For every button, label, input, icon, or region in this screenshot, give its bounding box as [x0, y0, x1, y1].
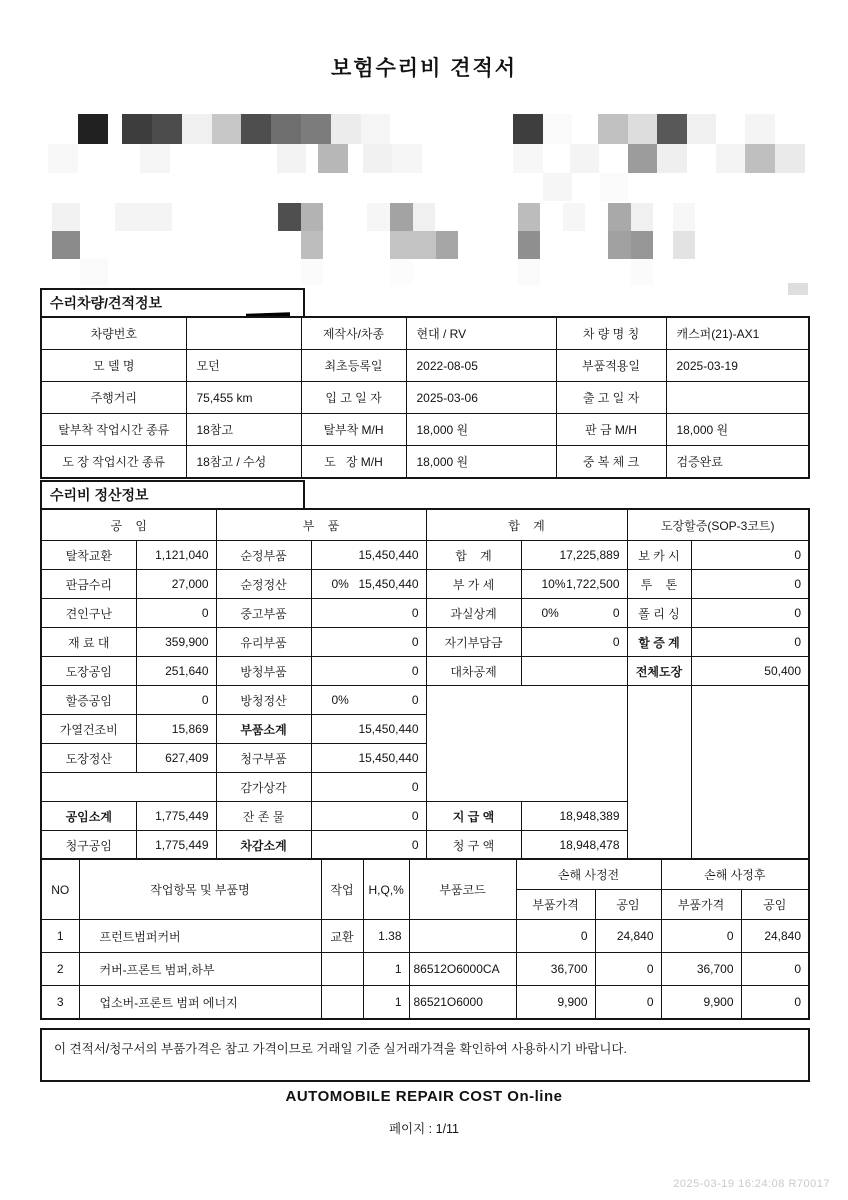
- cell-vehicle-rows-r1-v3: 캐스퍼(21)-AX1: [666, 317, 809, 350]
- cell-work_items-rows-0-bp: 0: [516, 920, 595, 953]
- cell-work_items-rows-2-bl: 0: [595, 986, 661, 1020]
- cell-work_items-rows-0-item: 프런트범퍼커버: [79, 920, 321, 953]
- cell-work_items-rows-2-item: 업소버-프론트 범퍼 에너지: [79, 986, 321, 1020]
- redaction-cell: [140, 144, 170, 173]
- cell-work_items-headers-labor: 공임: [595, 890, 661, 920]
- cell-vehicle-rows-r4-v2: 18,000 원: [406, 414, 556, 446]
- redaction-cell: [122, 114, 152, 144]
- redaction-cell: [631, 203, 653, 231]
- cell-vehicle-rows-r2-l3: 부품적용일: [556, 350, 666, 382]
- cell-settlement-rows-r1-v4: 0: [691, 541, 809, 570]
- cell-work_items-rows-2-code: 86521O6000: [409, 986, 516, 1020]
- redaction-cell: [331, 114, 361, 144]
- table-row: 도장공임251,640 방청부품0 대차공제 전체도장50,400: [41, 657, 809, 686]
- cell-vehicle-rows-r2-v2: 2022-08-05: [406, 350, 556, 382]
- redaction-cell: [687, 114, 716, 144]
- cell-settlement-rows-r2-l4: 투 톤: [627, 570, 691, 599]
- cell-settlement-rows-r3-l1: 견인구난: [41, 599, 136, 628]
- redaction-cell: [52, 231, 80, 259]
- cell-settlement-rows-r10-v1: 1,775,449: [136, 802, 216, 831]
- redaction-cell: [436, 231, 458, 259]
- cell-settlement-rows-r3-l2: 중고부품: [216, 599, 311, 628]
- cell-work_items-rows-1-work: [321, 953, 363, 986]
- redaction-cell: [48, 144, 78, 173]
- cell-settlement-rows-r2-l3: 부 가 세: [426, 570, 521, 599]
- redaction-cell: [278, 203, 301, 231]
- footer-title: AUTOMOBILE REPAIR COST On-line: [0, 1088, 848, 1105]
- cell-settlement-groups-parts: 부 품: [216, 509, 426, 541]
- cell-vehicle-rows-r2-l1: 모 델 명: [41, 350, 186, 382]
- redaction-cell: [657, 144, 687, 173]
- cell-work_items-rows-1-al: 0: [741, 953, 809, 986]
- redaction-cell: [52, 203, 80, 231]
- redaction-cell: [271, 114, 301, 144]
- cell-work_items-rows-1-item: 커버-프론트 범퍼,하부: [79, 953, 321, 986]
- cell-settlement-rows-r3-v2: 0: [311, 599, 426, 628]
- cell-work_items-headers-after: 손해 사정후: [661, 859, 809, 890]
- cell-vehicle-rows-r5-v1: 18참고 / 수성: [186, 446, 301, 479]
- cell-settlement-groups-labor: 공 임: [41, 509, 216, 541]
- redaction-cell: [628, 114, 657, 144]
- redaction-cell: [392, 144, 422, 173]
- cell-vehicle-rows-r5-l1: 도 장 작업시간 종류: [41, 446, 186, 479]
- cell-settlement-rows-r7-l2: 부품소계: [216, 715, 311, 744]
- settlement-table: 공 임 부 품 합 계 도장할증(SOP-3코트) 탈착교환1,121,040 …: [40, 508, 810, 861]
- empty-cell: [41, 773, 216, 802]
- redaction-cell: [513, 114, 543, 145]
- table-row: 주행거리75,455 km 입 고 일 자2025-03-06 출 고 일 자: [41, 382, 809, 414]
- cell-vehicle-rows-r5-l2: 도 장 M/H: [301, 446, 406, 479]
- cell-settlement-rows-r5-v1: 251,640: [136, 657, 216, 686]
- cell-vehicle-rows-r2-v1: 모던: [186, 350, 301, 382]
- cell-work_items-rows-0-ap: 0: [661, 920, 741, 953]
- cell-settlement-rows-r1-l2: 순정부품: [216, 541, 311, 570]
- cell-settlement-rows-r4-v1: 359,900: [136, 628, 216, 657]
- cell-settlement-rows-r10-l2: 잔 존 물: [216, 802, 311, 831]
- redaction-cell: [277, 144, 306, 173]
- cell-settlement-rows-r1-l3: 합 계: [426, 541, 521, 570]
- vehicle-info-table: 차량번호 제작사/차종현대 / RV 차 량 명 칭캐스퍼(21)-AX1 모 …: [40, 316, 810, 479]
- redaction-cell: [518, 231, 540, 259]
- cell-settlement-rows-r3-v1: 0: [136, 599, 216, 628]
- cell-settlement-rows-r11-v3: 18,948,478: [521, 831, 627, 861]
- cell-settlement-rows-r4-l2: 유리부품: [216, 628, 311, 657]
- cell-settlement-rows-r1-v1: 1,121,040: [136, 541, 216, 570]
- cell-vehicle-rows-r5-v3: 검증완료: [666, 446, 809, 479]
- redaction-cell: [628, 144, 657, 173]
- cell-settlement-rows-r9-l2: 감가상각: [216, 773, 311, 802]
- cell-settlement-rows-r3-l4: 폴 리 싱: [627, 599, 691, 628]
- cell-vehicle-rows-r1-l2: 제작사/차종: [301, 317, 406, 350]
- cell-settlement-rows-r6-v1: 0: [136, 686, 216, 715]
- table-row: 견인구난0 중고부품0 과실상계 0%0 폴 리 싱0: [41, 599, 809, 628]
- redaction-cell: [657, 114, 687, 144]
- cell-work_items-rows-2-hq: 1: [363, 986, 409, 1020]
- cell-settlement-rows-r10-v3: 18,948,389: [521, 802, 627, 831]
- notice-text: 이 견적서/청구서의 부품가격은 참고 가격이므로 거래일 기준 실거래가격을 …: [54, 1042, 627, 1056]
- empty-cell: [691, 686, 809, 861]
- redaction-cell: [631, 259, 653, 285]
- cell-vehicle-rows-r4-l2: 탈부착 M/H: [301, 414, 406, 446]
- cell-vehicle-rows-r3-l2: 입 고 일 자: [301, 382, 406, 414]
- redaction-cell: [390, 259, 413, 285]
- redaction-cell: [318, 144, 348, 173]
- table-header-row: NO 작업항목 및 부품명 작업 H,Q,% 부품코드 손해 사정전 손해 사정…: [41, 859, 809, 890]
- cell-work_items-rows-1-ap: 36,700: [661, 953, 741, 986]
- cell-vehicle-rows-r3-v2: 2025-03-06: [406, 382, 556, 414]
- redaction-cell: [80, 259, 108, 285]
- cell-work_items-headers-before: 손해 사정전: [516, 859, 661, 890]
- redaction-cell: [301, 114, 331, 144]
- cell-settlement-rows-r8-v1: 627,409: [136, 744, 216, 773]
- cell-vehicle-rows-r1-l1: 차량번호: [41, 317, 186, 350]
- table-row: 할증공임0 방청정산 0%0: [41, 686, 809, 715]
- page-title: 보험수리비 견적서: [0, 52, 848, 82]
- redaction-cell: [518, 259, 540, 285]
- redaction-cell: [570, 144, 599, 173]
- cell-settlement-rows-r10-l1: 공임소계: [41, 802, 136, 831]
- table-row: 탈착교환1,121,040 순정부품15,450,440 합 계17,225,8…: [41, 541, 809, 570]
- cell-settlement-rows-r9-v2: 0: [311, 773, 426, 802]
- cell-settlement-rows-r1-v3: 17,225,889: [521, 541, 627, 570]
- table-row: 도 장 작업시간 종류18참고 / 수성 도 장 M/H18,000 원 중 복…: [41, 446, 809, 479]
- redaction-cell: [413, 203, 435, 231]
- redaction-cell: [608, 231, 631, 259]
- table-row: 모 델 명모던 최초등록일2022-08-05 부품적용일2025-03-19: [41, 350, 809, 382]
- cell-work_items-rows-0-work: 교환: [321, 920, 363, 953]
- cell-settlement-groups-total: 합 계: [426, 509, 627, 541]
- redaction-cell: [608, 203, 631, 231]
- cell-work_items-rows-0-al: 24,840: [741, 920, 809, 953]
- cell-settlement-rows-r11-l1: 청구공임: [41, 831, 136, 861]
- cell-vehicle-rows-r3-v3: [666, 382, 809, 414]
- cell-work_items-rows-2-ap: 9,900: [661, 986, 741, 1020]
- redaction-cell: [600, 173, 628, 201]
- redaction-cell: [152, 114, 182, 144]
- cell-vehicle-rows-r4-v1: 18참고: [186, 414, 301, 446]
- table-row: 판금수리27,000 순정정산 0%15,450,440 부 가 세 10%1,…: [41, 570, 809, 599]
- redaction-cell: [716, 144, 745, 173]
- cell-settlement-rows-r5-l2: 방청부품: [216, 657, 311, 686]
- table-row: 재 료 대359,900 유리부품0 자기부담금0 할 증 계0: [41, 628, 809, 657]
- cell-settlement-rows-r2-l1: 판금수리: [41, 570, 136, 599]
- cell-settlement-rows-r2-v2: 15,450,440: [358, 577, 418, 591]
- cell-settlement-rows-r6-l1: 할증공임: [41, 686, 136, 715]
- cell-vehicle-rows-r1-v2: 현대 / RV: [406, 317, 556, 350]
- cell-settlement-rows-r2-l2: 순정정산: [216, 570, 311, 599]
- cell-settlement-rows-r3-v3: 0: [613, 606, 620, 620]
- redaction-cell: [518, 203, 540, 231]
- cell-work_items-headers-labor: 공임: [741, 890, 809, 920]
- cell-settlement-rows-r11-l3: 청 구 액: [426, 831, 521, 861]
- cell-vehicle-rows-r5-v2: 18,000 원: [406, 446, 556, 479]
- redaction-cell: [361, 114, 390, 144]
- cell-work_items-rows-1-no: 2: [41, 953, 79, 986]
- cell-work_items-rows-0-code: [409, 920, 516, 953]
- cell-settlement-rows-r8-l1: 도장정산: [41, 744, 136, 773]
- cell-settlement-rows-r6-l2: 방청정산: [216, 686, 311, 715]
- cell-settlement-rows-r2-v4: 0: [691, 570, 809, 599]
- cell-work_items-rows-1-hq: 1: [363, 953, 409, 986]
- redaction-cell: [115, 203, 172, 231]
- cell-settlement-rows-r5-v2: 0: [311, 657, 426, 686]
- cell-work_items-headers-hq: H,Q,%: [363, 859, 409, 920]
- redaction-cell: [513, 144, 543, 173]
- table-row: 차량번호 제작사/차종현대 / RV 차 량 명 칭캐스퍼(21)-AX1: [41, 317, 809, 350]
- cell-vehicle-rows-r1-l3: 차 량 명 칭: [556, 317, 666, 350]
- cell-vehicle-rows-r4-l3: 판 금 M/H: [556, 414, 666, 446]
- cell-vehicle-rows-r2-l2: 최초등록일: [301, 350, 406, 382]
- redaction-cell: [673, 203, 695, 231]
- cell-work_items-headers-work: 작업: [321, 859, 363, 920]
- cell-settlement-rows-r4-l3: 자기부담금: [426, 628, 521, 657]
- cell-settlement-rows-r4-v3: 0: [521, 628, 627, 657]
- cell-settlement-rows-r1-l1: 탈착교환: [41, 541, 136, 570]
- redaction-cell: [301, 259, 323, 285]
- cell-settlement-rows-r2-v1: 27,000: [136, 570, 216, 599]
- cell-settlement-rows-r2-p3: 10%: [542, 577, 566, 591]
- cell-vehicle-rows-r1-v1: [186, 317, 301, 350]
- cell-settlement-rows-r6-v2: 0: [412, 693, 419, 707]
- cell-vehicle-rows-r4-v3: 18,000 원: [666, 414, 809, 446]
- work-items-table: NO 작업항목 및 부품명 작업 H,Q,% 부품코드 손해 사정전 손해 사정…: [40, 858, 810, 1020]
- redaction-cell: [543, 173, 572, 201]
- cell-settlement-rows-r10-l3: 지 급 액: [426, 802, 521, 831]
- redaction-cell: [563, 203, 585, 231]
- cell-settlement-rows-r11-l2: 차감소계: [216, 831, 311, 861]
- cell-work_items-rows-0-bl: 24,840: [595, 920, 661, 953]
- document-page: 보험수리비 견적서 수리차량/견적정보 차량번호 제작사/차종현대 / RV 차…: [0, 0, 848, 1200]
- redaction-cell: [390, 231, 436, 259]
- cell-settlement-rows-r1-l4: 보 카 시: [627, 541, 691, 570]
- cell-work_items-rows-2-no: 3: [41, 986, 79, 1020]
- redaction-cell: [212, 114, 241, 144]
- cell-work_items-rows-0-hq: 1.38: [363, 920, 409, 953]
- table-row: 탈부착 작업시간 종류18참고 탈부착 M/H18,000 원 판 금 M/H1…: [41, 414, 809, 446]
- cell-work_items-rows-1-code: 86512O6000CA: [409, 953, 516, 986]
- cell-settlement-groups-paint: 도장할증(SOP-3코트): [627, 509, 809, 541]
- cell-settlement-rows-r4-v2: 0: [311, 628, 426, 657]
- cell-settlement-rows-r5-l1: 도장공임: [41, 657, 136, 686]
- cell-settlement-rows-r5-v4: 50,400: [691, 657, 809, 686]
- cell-vehicle-rows-r3-l3: 출 고 일 자: [556, 382, 666, 414]
- cell-settlement-rows-r8-l2: 청구부품: [216, 744, 311, 773]
- cell-settlement-rows-r2-v3: 1,722,500: [566, 577, 619, 591]
- redaction-cell: [543, 114, 572, 144]
- redaction-cell: [673, 231, 695, 259]
- cell-settlement-rows-r7-v1: 15,869: [136, 715, 216, 744]
- redaction-cell: [631, 231, 653, 259]
- cell-work_items-rows-1-bl: 0: [595, 953, 661, 986]
- cell-work_items-rows-1-bp: 36,700: [516, 953, 595, 986]
- table-row: 1 프런트범퍼커버 교환 1.38 0 24,840 0 24,840: [41, 920, 809, 953]
- redaction-cell: [363, 144, 392, 173]
- cell-settlement-rows-r1-v2: 15,450,440: [311, 541, 426, 570]
- cell-work_items-headers-no: NO: [41, 859, 79, 920]
- cell-work_items-rows-2-bp: 9,900: [516, 986, 595, 1020]
- cell-settlement-rows-r4-v4: 0: [691, 628, 809, 657]
- table-row: 3 업소버-프론트 범퍼 에너지 1 86521O6000 9,900 0 9,…: [41, 986, 809, 1020]
- cell-settlement-rows-r10-v2: 0: [311, 802, 426, 831]
- redaction-cell: [78, 114, 108, 144]
- cell-work_items-rows-2-al: 0: [741, 986, 809, 1020]
- cell-work_items-rows-0-no: 1: [41, 920, 79, 953]
- cell-settlement-rows-r5-l4: 전체도장: [627, 657, 691, 686]
- cell-settlement-rows-r3-l3: 과실상계: [426, 599, 521, 628]
- print-timestamp: 2025-03-19 16:24:08 R70017: [673, 1178, 830, 1190]
- cell-vehicle-rows-r4-l1: 탈부착 작업시간 종류: [41, 414, 186, 446]
- cell-vehicle-rows-r2-v3: 2025-03-19: [666, 350, 809, 382]
- cell-settlement-rows-r4-l4: 할 증 계: [627, 628, 691, 657]
- redaction-cell: [241, 114, 271, 144]
- cell-settlement-rows-r8-v2: 15,450,440: [311, 744, 426, 773]
- cell-work_items-rows-2-work: [321, 986, 363, 1020]
- cell-vehicle-rows-r3-v1: 75,455 km: [186, 382, 301, 414]
- redaction-cell: [390, 203, 413, 231]
- redaction-cell: [745, 144, 775, 173]
- redaction-cell: [745, 114, 775, 144]
- redaction-cell: [788, 283, 808, 295]
- cell-settlement-rows-r7-v2: 15,450,440: [311, 715, 426, 744]
- cell-settlement-rows-r11-v1: 1,775,449: [136, 831, 216, 861]
- cell-settlement-rows-r5-v3: [521, 657, 627, 686]
- table-header-row: 공 임 부 품 합 계 도장할증(SOP-3코트): [41, 509, 809, 541]
- redaction-cell: [301, 203, 323, 231]
- redaction-cell: [367, 203, 390, 231]
- cell-settlement-rows-r7-l1: 가열건조비: [41, 715, 136, 744]
- redaction-cell: [301, 231, 323, 259]
- cell-settlement-rows-r3-p3: 0%: [542, 606, 559, 620]
- cell-settlement-rows-r4-l1: 재 료 대: [41, 628, 136, 657]
- cell-work_items-headers-code: 부품코드: [409, 859, 516, 920]
- cell-work_items-headers-part_price: 부품가격: [516, 890, 595, 920]
- section-tab-settlement-info: 수리비 정산정보: [40, 480, 305, 510]
- empty-cell: [627, 686, 691, 861]
- empty-cell: [426, 686, 627, 802]
- cell-settlement-rows-r5-l3: 대차공제: [426, 657, 521, 686]
- cell-settlement-rows-r3-v4: 0: [691, 599, 809, 628]
- cell-work_items-headers-item: 작업항목 및 부품명: [79, 859, 321, 920]
- cell-settlement-rows-r6-p2: 0%: [332, 693, 349, 707]
- table-row: 2 커버-프론트 범퍼,하부 1 86512O6000CA 36,700 0 3…: [41, 953, 809, 986]
- redaction-cell: [598, 114, 628, 144]
- redaction-cell: [182, 114, 212, 144]
- cell-work_items-headers-part_price: 부품가격: [661, 890, 741, 920]
- notice-box: 이 견적서/청구서의 부품가격은 참고 가격이므로 거래일 기준 실거래가격을 …: [40, 1028, 810, 1082]
- redaction-cell: [775, 144, 805, 173]
- page-indicator: 페이지 : 1/11: [0, 1119, 848, 1137]
- cell-vehicle-rows-r5-l3: 중 복 체 크: [556, 446, 666, 479]
- cell-settlement-rows-r2-p2: 0%: [332, 577, 349, 591]
- cell-vehicle-rows-r3-l1: 주행거리: [41, 382, 186, 414]
- cell-settlement-rows-r11-v2: 0: [311, 831, 426, 861]
